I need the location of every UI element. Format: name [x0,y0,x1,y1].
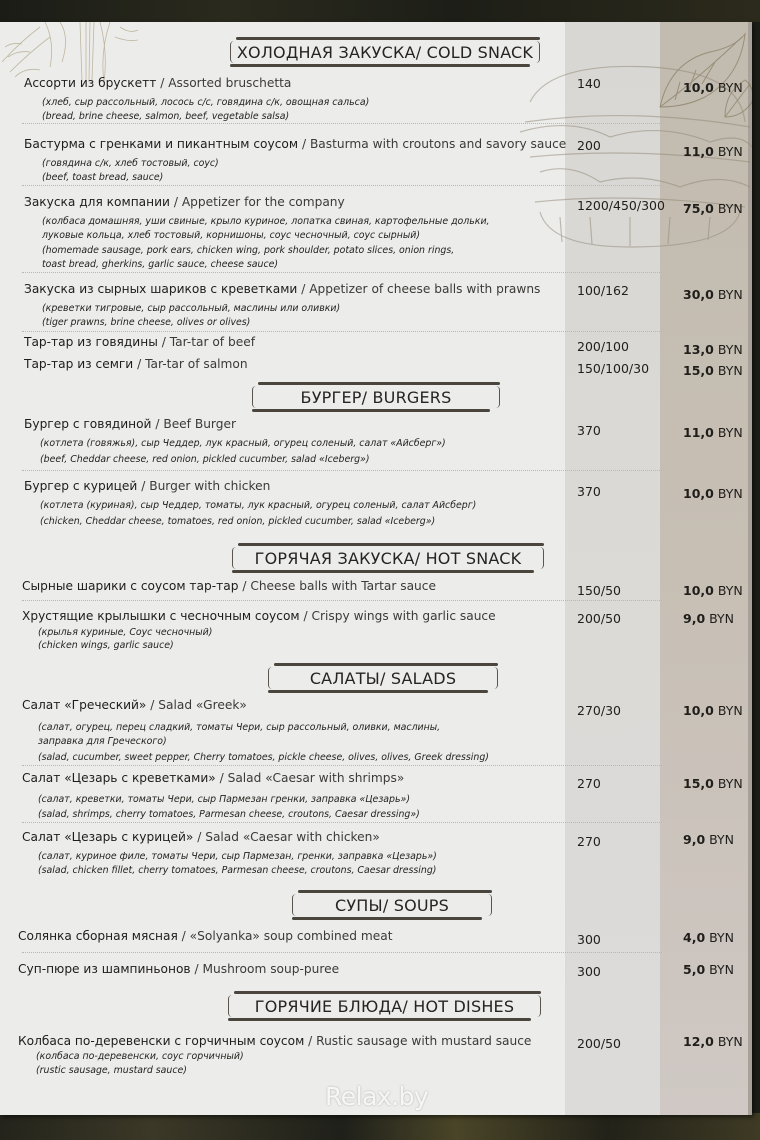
header-brush-top [298,890,492,893]
header-brush-top [236,37,540,40]
item-name-ru: Бургер с говядиной [24,417,151,431]
item-price: 13,0 BYN [683,342,743,357]
section-header: БУРГЕР/ BURGERS [252,380,500,414]
price-currency: BYN [709,832,734,847]
item-name: Бастурма с гренками и пикантным соусом /… [24,137,566,151]
header-brush-top [258,382,500,385]
menu-content: ХОЛОДНАЯ ЗАКУСКА/ COLD SNACKАссорти из б… [0,22,752,1115]
item-description: (колбаса домашняя, уши свиные, крыло кур… [42,215,490,229]
item-description: toast bread, gherkins, garlic sauce, che… [42,258,278,272]
item-weight: 270/30 [577,703,621,718]
item-weight: 200/50 [577,1036,621,1051]
price-value: 10,0 [683,583,714,598]
item-description: (креветки тигровые, сыр рассольный, масл… [42,302,340,316]
item-weight: 270 [577,834,601,849]
section-title: САЛАТЫ/ SALADS [310,669,456,688]
name-separator: / [191,962,203,976]
price-value: 30,0 [683,287,714,302]
header-brush-bottom [292,917,482,920]
item-name-en: Mushroom soup-puree [202,962,339,976]
item-price: 9,0 BYN [683,611,734,626]
dotted-divider [22,272,662,273]
item-name-ru: Бастурма с гренками и пикантным соусом [24,137,298,151]
item-name-en: Appetizer for the company [182,195,345,209]
table-background-bottom [0,1113,760,1140]
item-weight: 100/162 [577,283,629,298]
section-header: САЛАТЫ/ SALADS [268,661,498,695]
item-name-ru: Солянка сборная мясная [18,929,178,943]
price-value: 15,0 [683,363,714,378]
item-price: 10,0 BYN [683,486,743,501]
item-description: (bread, brine cheese, salmon, beef, vege… [42,110,289,124]
item-name-ru: Салат «Цезарь с курицей» [22,830,193,844]
item-description: (хлеб, сыр рассольный, лосось с/с, говяд… [42,96,369,110]
item-weight: 200/100 [577,339,629,354]
price-value: 4,0 [683,930,705,945]
section-title: БУРГЕР/ BURGERS [301,388,452,407]
item-price: 11,0 BYN [683,425,743,440]
item-description: (chicken wings, garlic sauce) [38,639,174,653]
item-description: (beef, toast bread, sauce) [42,171,163,185]
price-value: 13,0 [683,342,714,357]
item-name: Закуска для компании / Appetizer for the… [24,195,345,209]
item-weight: 370 [577,484,601,499]
item-name: Сырные шарики с соусом тар-тар / Cheese … [22,579,436,593]
item-description: (rustic sausage, mustard sauce) [36,1064,187,1078]
section-title: ГОРЯЧИЕ БЛЮДА/ HOT DISHES [255,997,514,1016]
price-value: 10,0 [683,703,714,718]
price-value: 12,0 [683,1034,714,1049]
header-bracket-left [232,547,239,569]
dotted-divider [22,765,662,766]
header-bracket-left [252,386,259,408]
name-separator: / [300,609,312,623]
item-price: 9,0 BYN [683,832,734,847]
item-price: 10,0 BYN [683,80,743,95]
price-value: 5,0 [683,962,705,977]
header-bracket-right [493,386,500,408]
section-title: СУПЫ/ SOUPS [335,896,449,915]
header-brush-top [238,543,544,546]
name-separator: / [297,282,309,296]
item-name-en: Appetizer of cheese balls with prawns [309,282,540,296]
price-currency: BYN [709,611,734,626]
price-currency: BYN [718,486,743,501]
item-description: (салат, креветки, томаты Чери, сыр Парме… [38,793,410,807]
item-name-en: Salad «Caesar with shrimps» [228,771,405,785]
item-weight: 370 [577,423,601,438]
item-name-ru: Бургер с курицей [24,479,137,493]
price-currency: BYN [718,144,743,159]
item-description: (salad, shrimps, cherry tomatoes, Parmes… [38,808,420,822]
item-name-en: Burger with chicken [149,479,270,493]
price-currency: BYN [718,80,743,95]
header-brush-top [234,991,541,994]
item-name: Суп-пюре из шампиньонов / Mushroom soup-… [18,962,339,976]
price-currency: BYN [718,1034,743,1049]
header-bracket-right [537,547,544,569]
item-name: Закуска из сырных шариков с креветками /… [24,282,540,296]
name-separator: / [178,929,190,943]
price-value: 9,0 [683,611,705,626]
item-weight: 150/100/30 [577,361,649,376]
item-description: (tiger prawns, brine cheese, olives or o… [42,316,250,330]
item-name-en: Assorted bruschetta [168,76,291,90]
item-price: 15,0 BYN [683,363,743,378]
header-bracket-left [292,894,299,916]
section-header: ГОРЯЧИЕ БЛЮДА/ HOT DISHES [228,989,541,1023]
item-name-en: Salad «Caesar with chicken» [205,830,380,844]
item-name-en: Rustic sausage with mustard sauce [316,1034,531,1048]
price-value: 10,0 [683,80,714,95]
menu-page: ХОЛОДНАЯ ЗАКУСКА/ COLD SNACKАссорти из б… [0,22,752,1115]
item-name-en: Cheese balls with Tartar sauce [250,579,436,593]
item-description: (salad, cucumber, sweet pepper, Cherry t… [38,751,489,765]
item-weight: 300 [577,932,601,947]
item-name-en: Tar-tar of salmon [145,357,248,371]
section-title: ГОРЯЧАЯ ЗАКУСКА/ HOT SNACK [255,549,522,568]
name-separator: / [156,76,168,90]
header-bracket-right [533,41,540,63]
name-separator: / [146,698,158,712]
price-currency: BYN [718,703,743,718]
price-currency: BYN [718,776,743,791]
item-name: Салат «Цезарь с креветками» / Salad «Cae… [22,771,404,785]
item-name: Солянка сборная мясная / «Solyanka» soup… [18,929,393,943]
header-bracket-right [491,667,498,689]
header-brush-bottom [228,1018,531,1021]
name-separator: / [151,417,163,431]
item-name-ru: Закуска из сырных шариков с креветками [24,282,297,296]
item-name: Салат «Греческий» / Salad «Greek» [22,698,247,712]
price-value: 9,0 [683,832,705,847]
item-name-ru: Закуска для компании [24,195,170,209]
header-bracket-left [228,995,235,1017]
section-title: ХОЛОДНАЯ ЗАКУСКА/ COLD SNACK [237,43,533,62]
name-separator: / [216,771,228,785]
name-separator: / [238,579,250,593]
item-description: (говядина с/к, хлеб тостовый, соус) [42,157,219,171]
price-currency: BYN [718,425,743,440]
dotted-divider [22,331,662,332]
item-description: (homemade sausage, pork ears, chicken wi… [42,244,454,258]
item-name-ru: Колбаса по-деревенски с горчичным соусом [18,1034,304,1048]
header-brush-bottom [252,409,490,412]
item-name-ru: Ассорти из брускетт [24,76,156,90]
dotted-divider [22,470,662,471]
item-description: (колбаса по-деревенски, соус горчичный) [36,1050,244,1064]
header-brush-bottom [230,64,530,67]
section-header: ХОЛОДНАЯ ЗАКУСКА/ COLD SNACK [230,35,540,69]
item-weight: 200/50 [577,611,621,626]
item-name-ru: Салат «Цезарь с креветками» [22,771,216,785]
name-separator: / [133,357,145,371]
header-bracket-left [268,667,275,689]
header-bracket-right [485,894,492,916]
item-description: (котлета (куриная), сыр Чеддер, томаты, … [40,499,476,513]
price-currency: BYN [718,363,743,378]
item-weight: 200 [577,138,601,153]
item-price: 10,0 BYN [683,583,743,598]
dotted-divider [22,185,662,186]
price-currency: BYN [718,287,743,302]
item-weight: 140 [577,76,601,91]
header-brush-top [274,663,498,666]
dotted-divider [22,822,662,823]
item-description: (салат, куриное филе, томаты Чери, сыр П… [38,850,437,864]
price-value: 15,0 [683,776,714,791]
item-weight: 270 [577,776,601,791]
item-description: (chicken, Cheddar cheese, tomatoes, red … [40,515,435,529]
item-name-en: Basturma with croutons and savory sauce [310,137,566,151]
item-name: Бургер с курицей / Burger with chicken [24,479,270,493]
item-price: 15,0 BYN [683,776,743,791]
name-separator: / [304,1034,316,1048]
price-value: 11,0 [683,144,714,159]
price-value: 11,0 [683,425,714,440]
item-name-ru: Сырные шарики с соусом тар-тар [22,579,238,593]
item-price: 30,0 BYN [683,287,743,302]
item-name: Тар-тар из говядины / Tar-tar of beef [24,335,255,349]
section-header: СУПЫ/ SOUPS [292,888,492,922]
header-brush-bottom [232,570,534,573]
item-name: Салат «Цезарь с курицей» / Salad «Caesar… [22,830,380,844]
watermark: Relax.by [325,1082,428,1111]
item-name: Тар-тар из семги / Tar-tar of salmon [24,357,248,371]
price-currency: BYN [709,962,734,977]
item-price: 4,0 BYN [683,930,734,945]
item-name: Хрустящие крылышки с чесночным соусом / … [22,609,496,623]
item-description: (salad, chicken fillet, cherry tomatoes,… [38,864,436,878]
price-value: 75,0 [683,201,714,216]
item-description: луковые кольца, хлеб тостовый, корнишоны… [42,229,420,243]
name-separator: / [193,830,205,844]
name-separator: / [158,335,170,349]
price-currency: BYN [718,583,743,598]
item-name: Колбаса по-деревенски с горчичным соусом… [18,1034,531,1048]
item-name-ru: Тар-тар из говядины [24,335,158,349]
item-name-en: Beef Burger [163,417,236,431]
item-name-en: Tar-tar of beef [170,335,255,349]
name-separator: / [298,137,310,151]
header-brush-bottom [268,690,488,693]
dotted-divider [22,600,662,601]
item-price: 11,0 BYN [683,144,743,159]
item-description: (салат, огурец, перец сладкий, томаты Че… [38,721,440,735]
name-separator: / [137,479,149,493]
item-price: 12,0 BYN [683,1034,743,1049]
item-description: (крылья куриные, Соус чесночный) [38,626,212,640]
item-weight: 1200/450/300 [577,198,665,213]
item-name: Ассорти из брускетт / Assorted bruschett… [24,76,291,90]
item-name-en: Crispy wings with garlic sauce [311,609,495,623]
item-weight: 150/50 [577,583,621,598]
item-price: 10,0 BYN [683,703,743,718]
item-name-ru: Салат «Греческий» [22,698,146,712]
name-separator: / [170,195,182,209]
item-description: (beef, Cheddar cheese, red onion, pickle… [40,453,369,467]
item-name-en: «Solyanka» soup combined meat [190,929,393,943]
item-price: 75,0 BYN [683,201,743,216]
table-background-top [0,0,760,22]
dotted-divider [22,952,662,953]
item-description: (котлета (говяжья), сыр Чеддер, лук крас… [40,437,446,451]
item-name: Бургер с говядиной / Beef Burger [24,417,236,431]
price-currency: BYN [709,930,734,945]
price-currency: BYN [718,342,743,357]
header-bracket-right [534,995,541,1017]
item-name-en: Salad «Greek» [158,698,247,712]
item-name-ru: Хрустящие крылышки с чесночным соусом [22,609,300,623]
item-name-ru: Тар-тар из семги [24,357,133,371]
item-description: заправка для Греческого) [38,735,167,749]
section-header: ГОРЯЧАЯ ЗАКУСКА/ HOT SNACK [232,541,544,575]
item-weight: 300 [577,964,601,979]
price-value: 10,0 [683,486,714,501]
price-currency: BYN [718,201,743,216]
item-price: 5,0 BYN [683,962,734,977]
item-name-ru: Суп-пюре из шампиньонов [18,962,191,976]
